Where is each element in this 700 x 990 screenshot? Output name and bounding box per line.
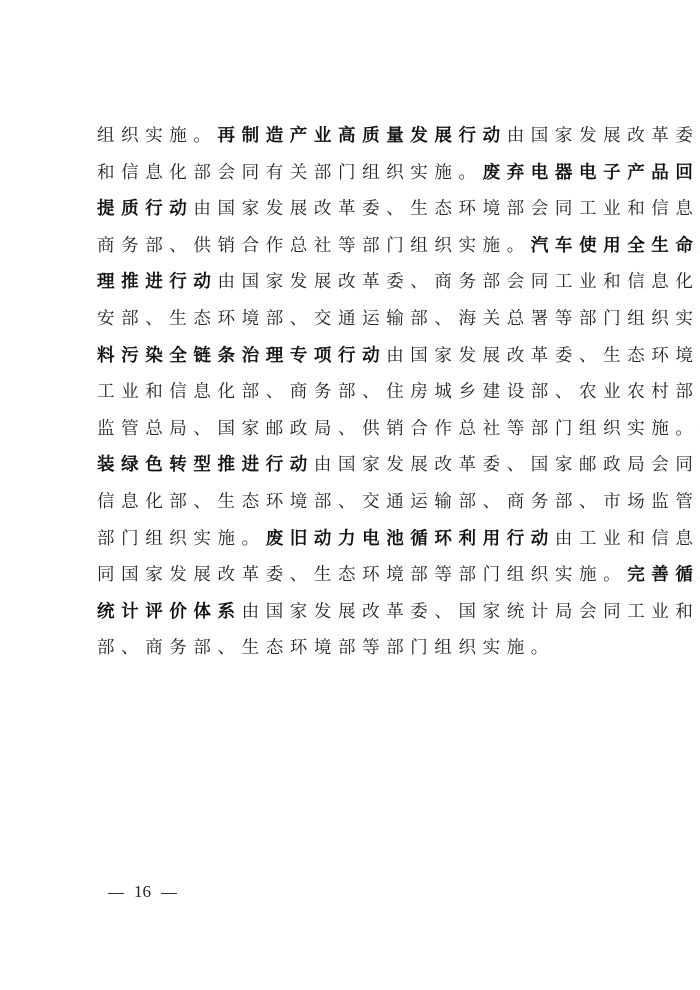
text-line: 工业和信息化部、商务部、住房城乡建设部、农业农村部、市场 xyxy=(97,374,607,411)
text-run: 由国家发展改革委、生态环境部会同 xyxy=(386,346,700,366)
text-run: 部门组织实施。 xyxy=(97,529,266,549)
bold-heading-run: 料污染全链条治理专项行动 xyxy=(97,346,386,366)
text-line: 商务部、供销合作总社等部门组织实施。汽车使用全生命周期管 xyxy=(97,228,607,265)
text-line: 料污染全链条治理专项行动由国家发展改革委、生态环境部会同 xyxy=(97,338,607,375)
bold-heading-run: 统计评价体系 xyxy=(97,602,242,622)
document-page: 组织实施。再制造产业高质量发展行动由国家发展改革委、工业和信息化部会同有关部门组… xyxy=(0,0,700,990)
bold-heading-run: 提质行动 xyxy=(97,199,193,219)
bold-heading-run: 再制造产业高质量发展行动 xyxy=(218,126,507,146)
page-footer: 16 xyxy=(104,882,181,902)
bold-heading-run: 装绿色转型推进行动 xyxy=(97,455,314,475)
text-line: 理推进行动由国家发展改革委、商务部会同工业和信息化部、公 xyxy=(97,264,607,301)
text-run: 商务部、供销合作总社等部门组织实施。 xyxy=(97,236,531,256)
text-run: 由国家发展改革委、商务部会同工业和信息化部、公 xyxy=(218,272,700,292)
body-paragraph: 组织实施。再制造产业高质量发展行动由国家发展改革委、工业和信息化部会同有关部门组… xyxy=(97,118,607,667)
dash-left xyxy=(108,893,124,894)
text-line: 监管总局、国家邮政局、供销合作总社等部门组织实施。快递包 xyxy=(97,411,607,448)
text-run: 部、商务部、生态环境部等部门组织实施。 xyxy=(97,638,555,658)
text-run: 工业和信息化部、商务部、住房城乡建设部、农业农村部、市场 xyxy=(97,382,700,402)
text-line: 组织实施。再制造产业高质量发展行动由国家发展改革委、工业 xyxy=(97,118,607,155)
text-line: 提质行动由国家发展改革委、生态环境部会同工业和信息化部、 xyxy=(97,191,607,228)
bold-heading-run: 完善循环经济 xyxy=(627,565,700,585)
text-run: 和信息化部会同有关部门组织实施。 xyxy=(97,163,483,183)
text-run: 由国家发展改革委、工业 xyxy=(507,126,700,146)
text-run: 安部、生态环境部、交通运输部、海关总署等部门组织实施。 xyxy=(97,309,700,329)
text-line: 同国家发展改革委、生态环境部等部门组织实施。完善循环经济 xyxy=(97,557,607,594)
text-run: 信息化部、生态环境部、交通运输部、商务部、市场监管总局等 xyxy=(97,492,700,512)
bold-heading-run: 理推进行动 xyxy=(97,272,218,292)
text-run: 由国家发展改革委、国家统计局会同工业和信息化 xyxy=(242,602,700,622)
bold-heading-run: 废弃电器电子产品回收利用 xyxy=(483,163,700,183)
text-line: 部、商务部、生态环境部等部门组织实施。 xyxy=(97,630,607,667)
text-line: 统计评价体系由国家发展改革委、国家统计局会同工业和信息化 xyxy=(97,594,607,631)
text-line: 装绿色转型推进行动由国家发展改革委、国家邮政局会同工业和 xyxy=(97,447,607,484)
dash-right xyxy=(161,893,177,894)
text-run: 由工业和信息化部会 xyxy=(555,529,700,549)
text-run: 同国家发展改革委、生态环境部等部门组织实施。 xyxy=(97,565,627,585)
text-line: 安部、生态环境部、交通运输部、海关总署等部门组织实施。塑 xyxy=(97,301,607,338)
text-run: 由国家发展改革委、生态环境部会同工业和信息化部、 xyxy=(193,199,700,219)
text-line: 部门组织实施。废旧动力电池循环利用行动由工业和信息化部会 xyxy=(97,521,607,558)
text-line: 信息化部、生态环境部、交通运输部、商务部、市场监管总局等 xyxy=(97,484,607,521)
bold-heading-run: 汽车使用全生命周期管 xyxy=(531,236,700,256)
text-run: 由国家发展改革委、国家邮政局会同工业和 xyxy=(314,455,700,475)
text-line: 和信息化部会同有关部门组织实施。废弃电器电子产品回收利用 xyxy=(97,155,607,192)
text-run: 组织实施。 xyxy=(97,126,218,146)
bold-heading-run: 废旧动力电池循环利用行动 xyxy=(266,529,555,549)
text-run: 监管总局、国家邮政局、供销合作总社等部门组织实施。 xyxy=(97,419,700,439)
page-number: 16 xyxy=(134,882,151,902)
